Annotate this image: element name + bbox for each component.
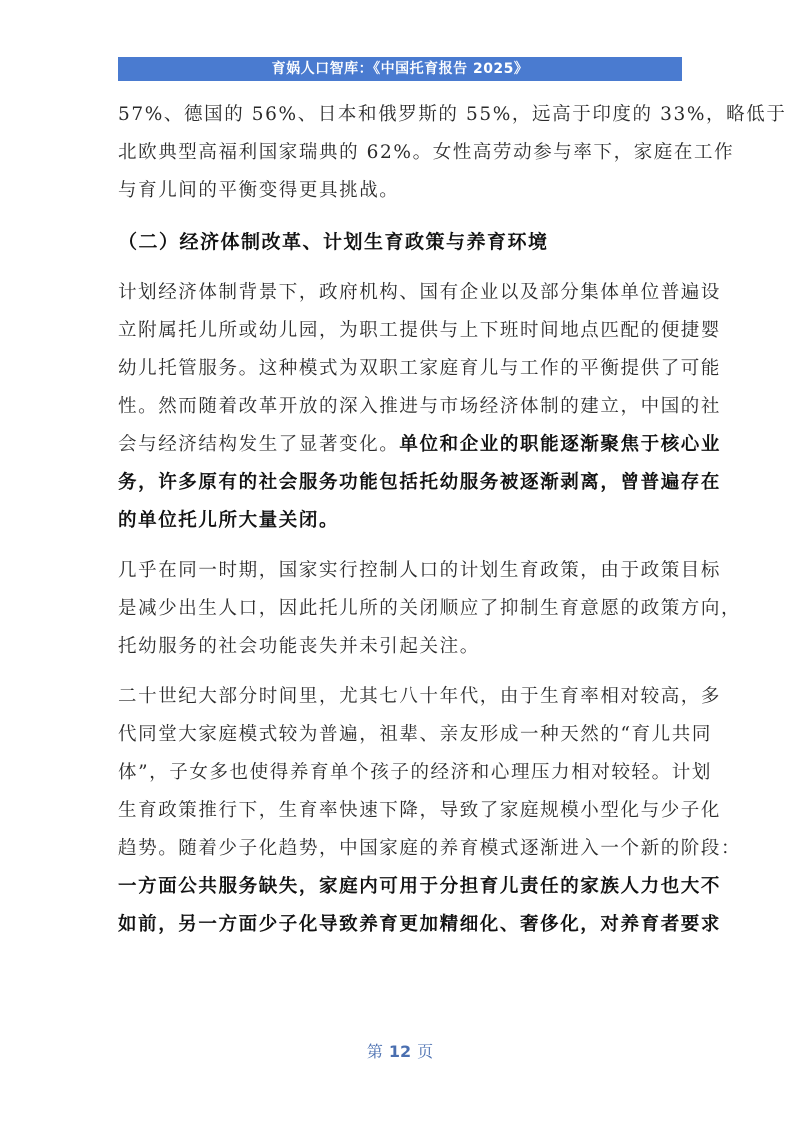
emphasized-text-line: 的单位托儿所大量关闭。	[118, 502, 684, 540]
page-number-footer: 第12页	[0, 1039, 800, 1062]
text-line: 趋势。随着少子化趋势，中国家庭的养育模式逐渐进入一个新的阶段：	[118, 830, 684, 868]
text-segment: 会与经济结构发生了显著变化。	[118, 434, 399, 455]
text-line: 二十世纪大部分时间里，尤其七八十年代，由于生育率相对较高，多	[118, 678, 684, 716]
text-line: 代同堂大家庭模式较为普遍，祖辈、亲友形成一种天然的“育儿共同	[118, 716, 684, 754]
paragraph-labor-participation: 57%、德国的 56%、日本和俄罗斯的 55%，远高于印度的 33%，略低于 北…	[118, 96, 684, 210]
text-line: 几乎在同一时期，国家实行控制人口的计划生育政策，由于政策目标	[118, 552, 684, 590]
text-line: 北欧典型高福利国家瑞典的 62%。女性高劳动参与率下，家庭在工作	[118, 134, 684, 172]
page-number: 12	[389, 1042, 411, 1061]
paragraph-planned-economy: 计划经济体制背景下，政府机构、国有企业以及部分集体单位普遍设 立附属托儿所或幼儿…	[118, 274, 684, 540]
text-line: 体”，子女多也使得养育单个孩子的经济和心理压力相对较轻。计划	[118, 754, 684, 792]
text-line: 与育儿间的平衡变得更具挑战。	[118, 172, 684, 210]
text-line: 是减少出生人口，因此托儿所的关闭顺应了抑制生育意愿的政策方向，	[118, 590, 684, 628]
paragraph-family-planning: 几乎在同一时期，国家实行控制人口的计划生育政策，由于政策目标 是减少出生人口，因…	[118, 552, 684, 666]
page-prefix: 第	[367, 1042, 383, 1061]
text-line: 生育政策推行下，生育率快速下降，导致了家庭规模小型化与少子化	[118, 792, 684, 830]
paragraph-twentieth-century: 二十世纪大部分时间里，尤其七八十年代，由于生育率相对较高，多 代同堂大家庭模式较…	[118, 678, 684, 944]
report-header-title: 育娲人口智库：《中国托育报告 2025》	[272, 61, 529, 77]
section-heading: （二）经济体制改革、计划生育政策与养育环境	[118, 222, 684, 262]
text-line: 57%、德国的 56%、日本和俄罗斯的 55%，远高于印度的 33%，略低于	[118, 96, 684, 134]
emphasized-text: 单位和企业的职能逐渐聚焦于核心业	[399, 434, 721, 455]
report-header-banner: 育娲人口智库：《中国托育报告 2025》	[118, 57, 682, 81]
text-line: 立附属托儿所或幼儿园，为职工提供与上下班时间地点匹配的便捷婴	[118, 312, 684, 350]
document-body: 57%、德国的 56%、日本和俄罗斯的 55%，远高于印度的 33%，略低于 北…	[118, 96, 684, 956]
text-line: 性。然而随着改革开放的深入推进与市场经济体制的建立，中国的社	[118, 388, 684, 426]
emphasized-text-line: 如前，另一方面少子化导致养育更加精细化、奢侈化，对养育者要求	[118, 906, 684, 944]
text-line: 幼儿托管服务。这种模式为双职工家庭育儿与工作的平衡提供了可能	[118, 350, 684, 388]
text-line: 托幼服务的社会功能丧失并未引起关注。	[118, 628, 684, 666]
text-line-mixed: 会与经济结构发生了显著变化。单位和企业的职能逐渐聚焦于核心业	[118, 426, 684, 464]
text-line: 计划经济体制背景下，政府机构、国有企业以及部分集体单位普遍设	[118, 274, 684, 312]
emphasized-text-line: 务，许多原有的社会服务功能包括托幼服务被逐渐剥离，曾普遍存在	[118, 464, 684, 502]
emphasized-text-line: 一方面公共服务缺失，家庭内可用于分担育儿责任的家族人力也大不	[118, 868, 684, 906]
page-suffix: 页	[417, 1042, 433, 1061]
